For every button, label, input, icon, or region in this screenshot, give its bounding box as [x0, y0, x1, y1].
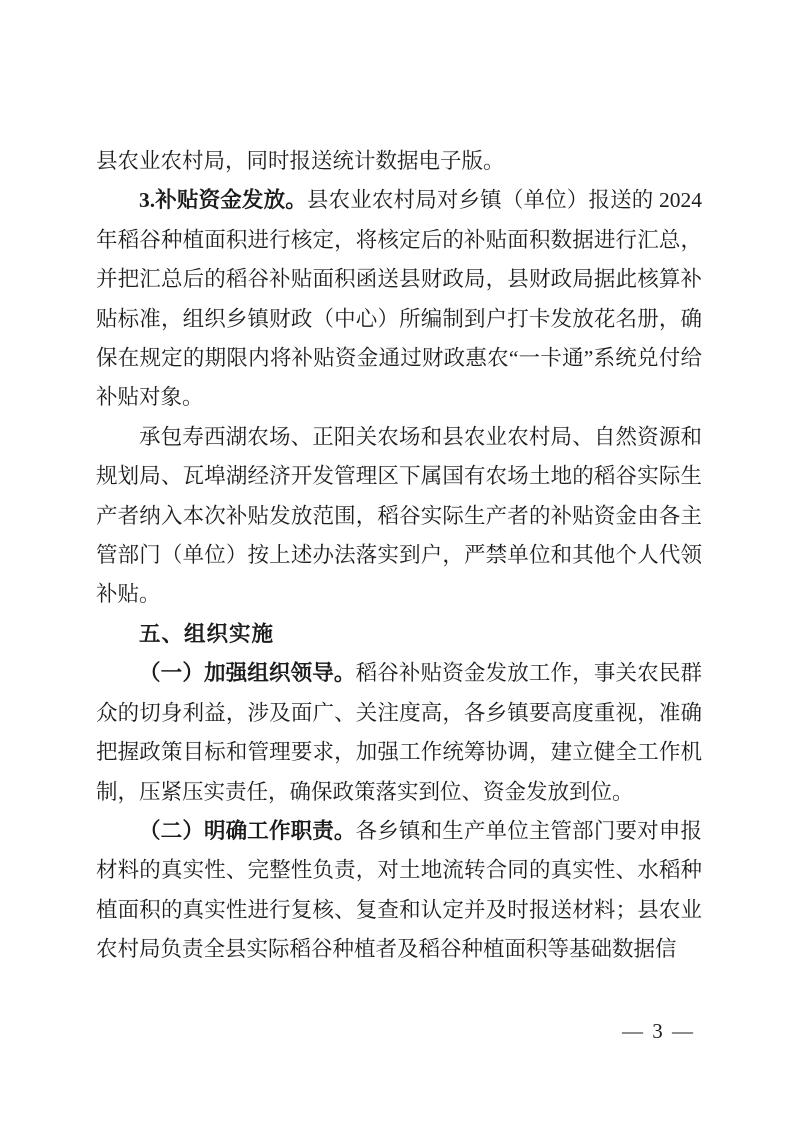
- paragraph-text: 县农业农村局对乡镇（单位）报送的 2024 年稻谷种植面积进行核定，将核定后的补…: [96, 188, 702, 409]
- page-number: — 3 —: [622, 1018, 695, 1044]
- paragraph-lead-bold: 3.补贴资金发放。: [139, 188, 307, 212]
- paragraph-strengthen-leadership: （一）加强组织领导。稻谷补贴资金发放工作，事关农民群众的切身利益，涉及面广、关注…: [96, 654, 702, 812]
- paragraph-lead-bold: （二）明确工作职责。: [139, 819, 356, 843]
- paragraph-subsidy-disbursement: 3.补贴资金发放。县农业农村局对乡镇（单位）报送的 2024 年稻谷种植面积进行…: [96, 181, 702, 417]
- section-heading-implementation: 五、组织实施: [96, 615, 702, 654]
- document-body: 县农业农村局，同时报送统计数据电子版。 3.补贴资金发放。县农业农村局对乡镇（单…: [96, 142, 702, 970]
- paragraph-clarify-duties: （二）明确工作职责。各乡镇和生产单位主管部门要对申报材料的真实性、完整性负责，对…: [96, 812, 702, 970]
- paragraph-text: 承包寿西湖农场、正阳关农场和县农业农村局、自然资源和规划局、瓦埠湖经济开发管理区…: [96, 425, 702, 607]
- paragraph-lead-bold: （一）加强组织领导。: [139, 661, 356, 685]
- paragraph-text: 县农业农村局，同时报送统计数据电子版。: [96, 149, 505, 173]
- paragraph-continuation: 县农业农村局，同时报送统计数据电子版。: [96, 142, 702, 181]
- paragraph-state-farms: 承包寿西湖农场、正阳关农场和县农业农村局、自然资源和规划局、瓦埠湖经济开发管理区…: [96, 418, 702, 615]
- section-heading-text: 五、组织实施: [139, 622, 274, 646]
- document-page: 县农业农村局，同时报送统计数据电子版。 3.补贴资金发放。县农业农村局对乡镇（单…: [0, 0, 794, 1122]
